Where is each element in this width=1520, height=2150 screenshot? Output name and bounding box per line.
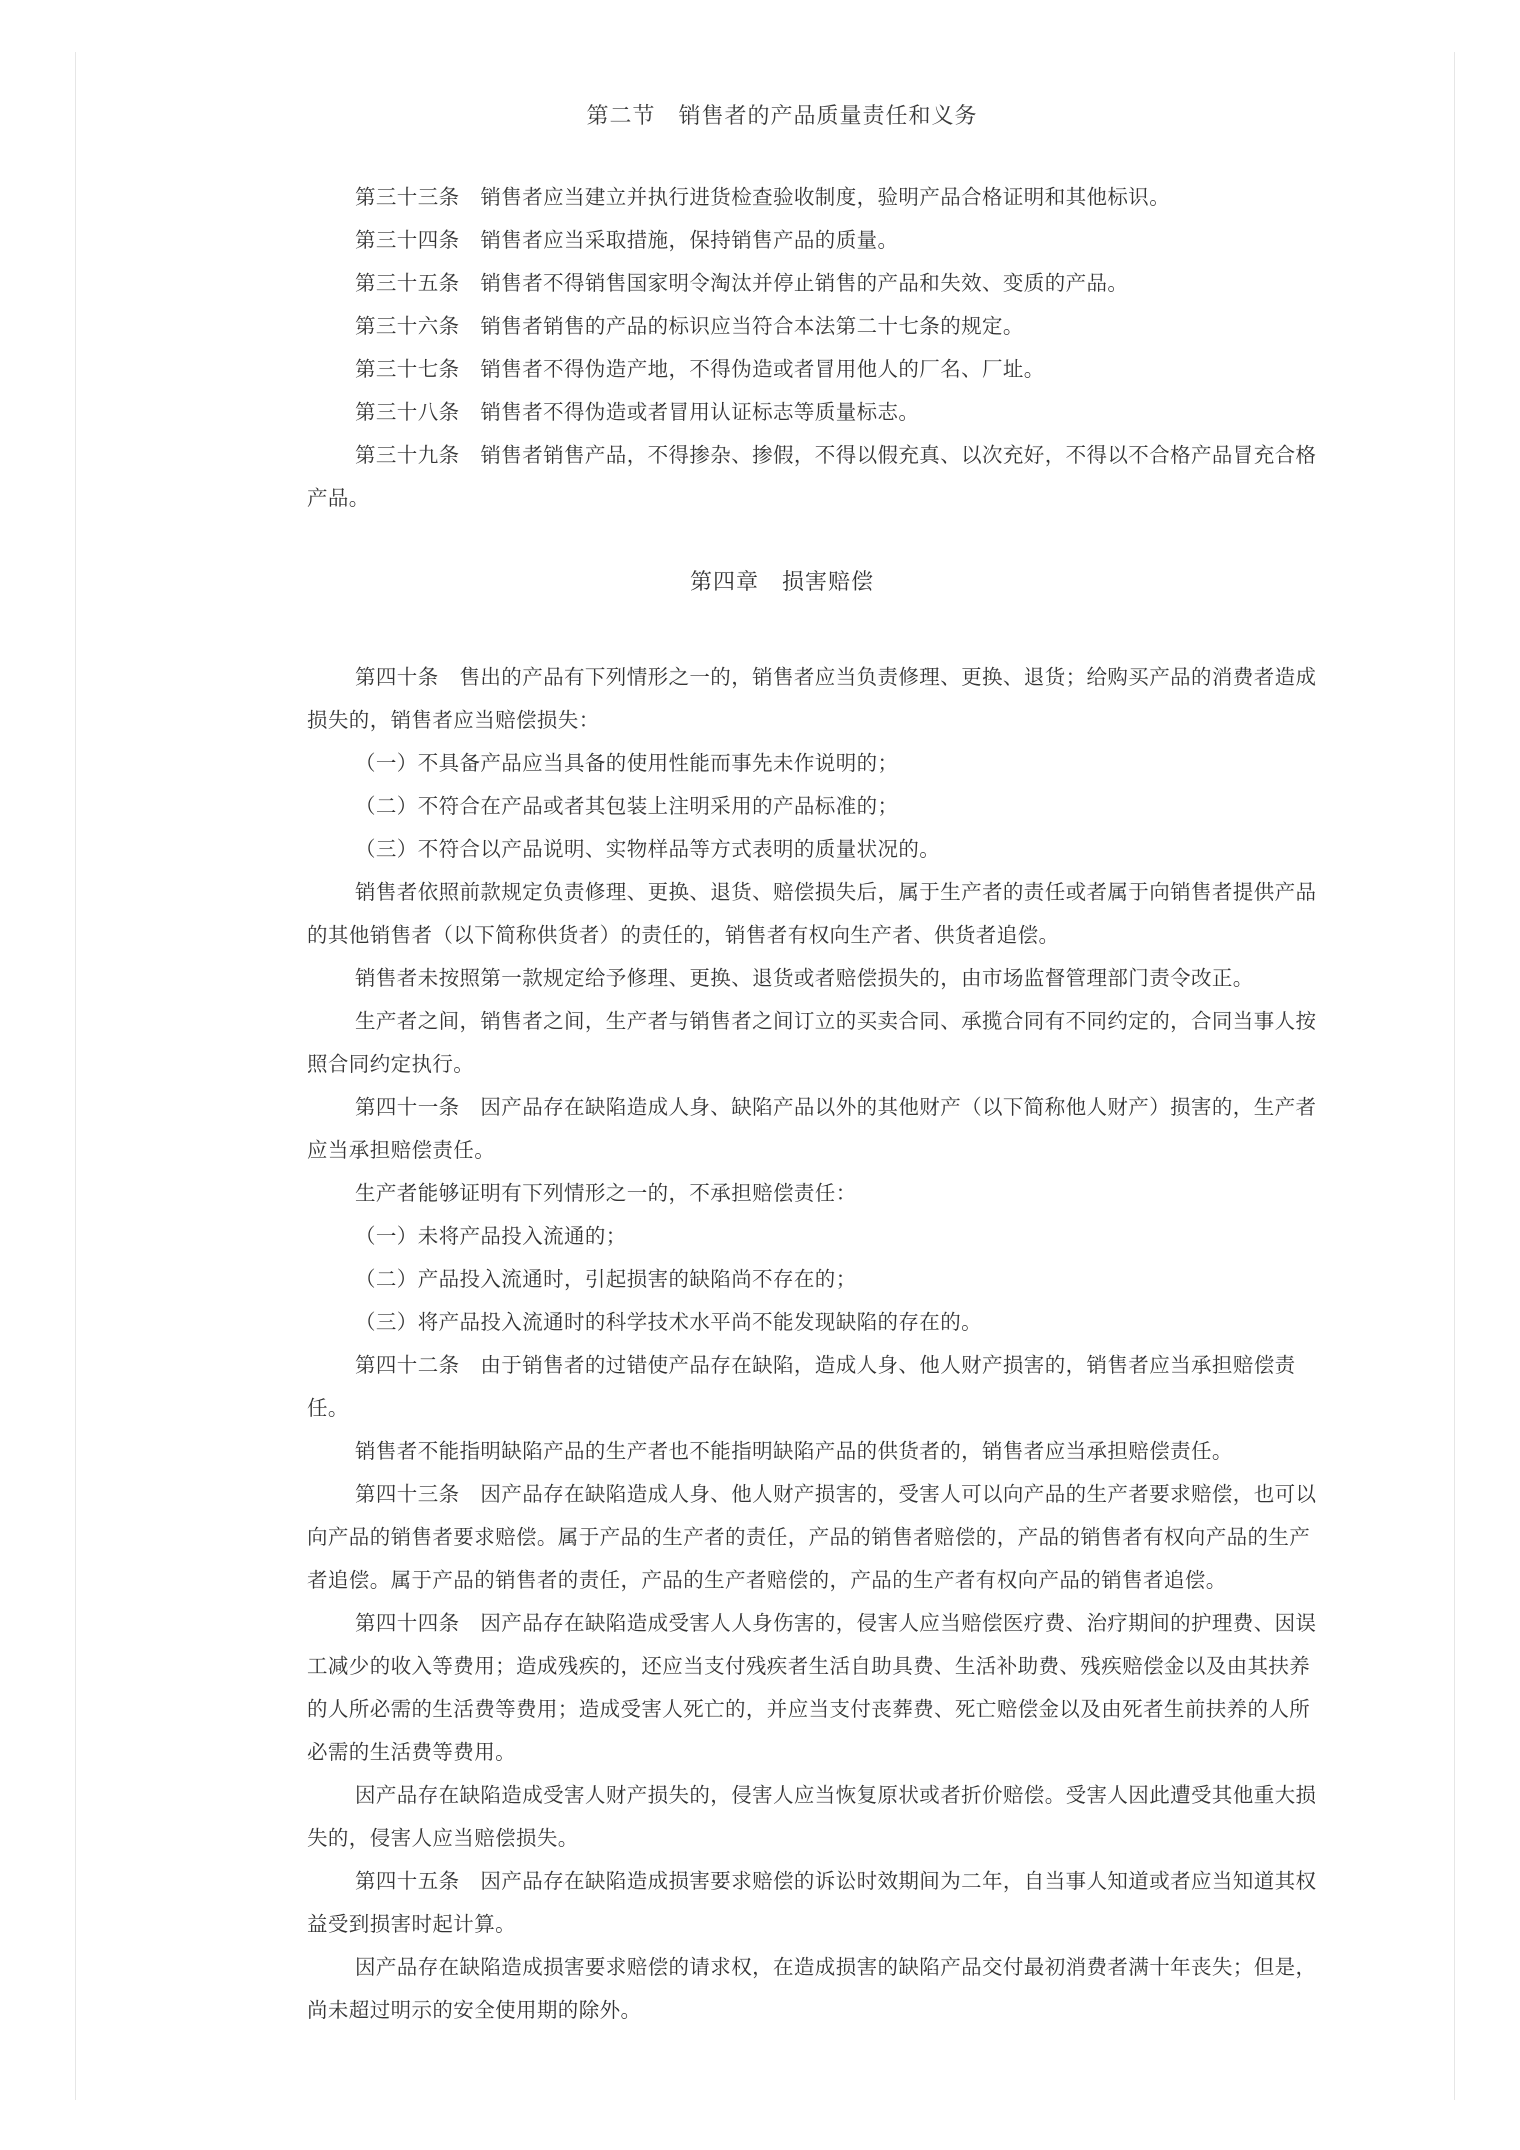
section-title: 第二节 销售者的产品质量责任和义务	[307, 99, 1257, 130]
text-line: 的人所必需的生活费等费用；造成受害人死亡的，并应当支付丧葬费、死亡赔偿金以及由死…	[307, 1688, 1257, 1731]
text-line: （二）不符合在产品或者其包装上注明采用的产品标准的；	[307, 785, 1257, 828]
text-line: 第三十九条 销售者销售产品，不得掺杂、掺假，不得以假充真、以次充好，不得以不合格…	[307, 434, 1257, 477]
text-line: 第四十条 售出的产品有下列情形之一的，销售者应当负责修理、更换、退货；给购买产品…	[307, 656, 1257, 699]
text-line: 必需的生活费等费用。	[307, 1731, 1257, 1774]
text-line: 益受到损害时起计算。	[307, 1903, 1257, 1946]
text-line: 照合同约定执行。	[307, 1043, 1257, 1086]
text-line: 损失的，销售者应当赔偿损失：	[307, 699, 1257, 742]
text-line: （二）产品投入流通时，引起损害的缺陷尚不存在的；	[307, 1258, 1257, 1301]
text-line: 销售者依照前款规定负责修理、更换、退货、赔偿损失后，属于生产者的责任或者属于向销…	[307, 871, 1257, 914]
chapter-title: 第四章 损害赔偿	[307, 565, 1257, 596]
text-line: 因产品存在缺陷造成受害人财产损失的，侵害人应当恢复原状或者折价赔偿。受害人因此遭…	[307, 1774, 1257, 1817]
text-line: 第四十三条 因产品存在缺陷造成人身、他人财产损害的，受害人可以向产品的生产者要求…	[307, 1473, 1257, 1516]
text-line: 第三十三条 销售者应当建立并执行进货检查验收制度，验明产品合格证明和其他标识。	[307, 176, 1257, 219]
text-line: 第三十六条 销售者销售的产品的标识应当符合本法第二十七条的规定。	[307, 305, 1257, 348]
text-line: 第四十一条 因产品存在缺陷造成人身、缺陷产品以外的其他财产（以下简称他人财产）损…	[307, 1086, 1257, 1129]
text-line: （一）不具备产品应当具备的使用性能而事先未作说明的；	[307, 742, 1257, 785]
text-line: 生产者能够证明有下列情形之一的，不承担赔偿责任：	[307, 1172, 1257, 1215]
text-line: 第四十四条 因产品存在缺陷造成受害人人身伤害的，侵害人应当赔偿医疗费、治疗期间的…	[307, 1602, 1257, 1645]
text-line: 第三十七条 销售者不得伪造产地，不得伪造或者冒用他人的厂名、厂址。	[307, 348, 1257, 391]
text-line: 第四十二条 由于销售者的过错使产品存在缺陷，造成人身、他人财产损害的，销售者应当…	[307, 1344, 1257, 1387]
text-line: 工减少的收入等费用；造成残疾的，还应当支付残疾者生活自助具费、生活补助费、残疾赔…	[307, 1645, 1257, 1688]
text-line: 销售者不能指明缺陷产品的生产者也不能指明缺陷产品的供货者的，销售者应当承担赔偿责…	[307, 1430, 1257, 1473]
text-line: 第四十五条 因产品存在缺陷造成损害要求赔偿的诉讼时效期间为二年，自当事人知道或者…	[307, 1860, 1257, 1903]
text-line: 向产品的销售者要求赔偿。属于产品的生产者的责任，产品的销售者赔偿的，产品的销售者…	[307, 1516, 1257, 1559]
section-2-articles: 第三十三条 销售者应当建立并执行进货检查验收制度，验明产品合格证明和其他标识。第…	[307, 176, 1257, 520]
text-line: 生产者之间，销售者之间，生产者与销售者之间订立的买卖合同、承揽合同有不同约定的，…	[307, 1000, 1257, 1043]
text-line: 因产品存在缺陷造成损害要求赔偿的请求权，在造成损害的缺陷产品交付最初消费者满十年…	[307, 1946, 1257, 1989]
text-line: 任。	[307, 1387, 1257, 1430]
text-line: 尚未超过明示的安全使用期的除外。	[307, 1989, 1257, 2032]
text-line: （一）未将产品投入流通的；	[307, 1215, 1257, 1258]
text-line: 销售者未按照第一款规定给予修理、更换、退货或者赔偿损失的，由市场监督管理部门责令…	[307, 957, 1257, 1000]
text-line: 产品。	[307, 477, 1257, 520]
chapter-4-articles: 第四十条 售出的产品有下列情形之一的，销售者应当负责修理、更换、退货；给购买产品…	[307, 656, 1257, 2032]
text-line: 失的，侵害人应当赔偿损失。	[307, 1817, 1257, 1860]
text-line: 第三十五条 销售者不得销售国家明令淘汰并停止销售的产品和失效、变质的产品。	[307, 262, 1257, 305]
text-line: 第三十四条 销售者应当采取措施，保持销售产品的质量。	[307, 219, 1257, 262]
document-page: 第二节 销售者的产品质量责任和义务 第三十三条 销售者应当建立并执行进货检查验收…	[75, 52, 1455, 2100]
text-line: （三）不符合以产品说明、实物样品等方式表明的质量状况的。	[307, 828, 1257, 871]
text-line: 的其他销售者（以下简称供货者）的责任的，销售者有权向生产者、供货者追偿。	[307, 914, 1257, 957]
text-line: 者追偿。属于产品的销售者的责任，产品的生产者赔偿的，产品的生产者有权向产品的销售…	[307, 1559, 1257, 1602]
text-line: （三）将产品投入流通时的科学技术水平尚不能发现缺陷的存在的。	[307, 1301, 1257, 1344]
text-line: 应当承担赔偿责任。	[307, 1129, 1257, 1172]
text-line: 第三十八条 销售者不得伪造或者冒用认证标志等质量标志。	[307, 391, 1257, 434]
